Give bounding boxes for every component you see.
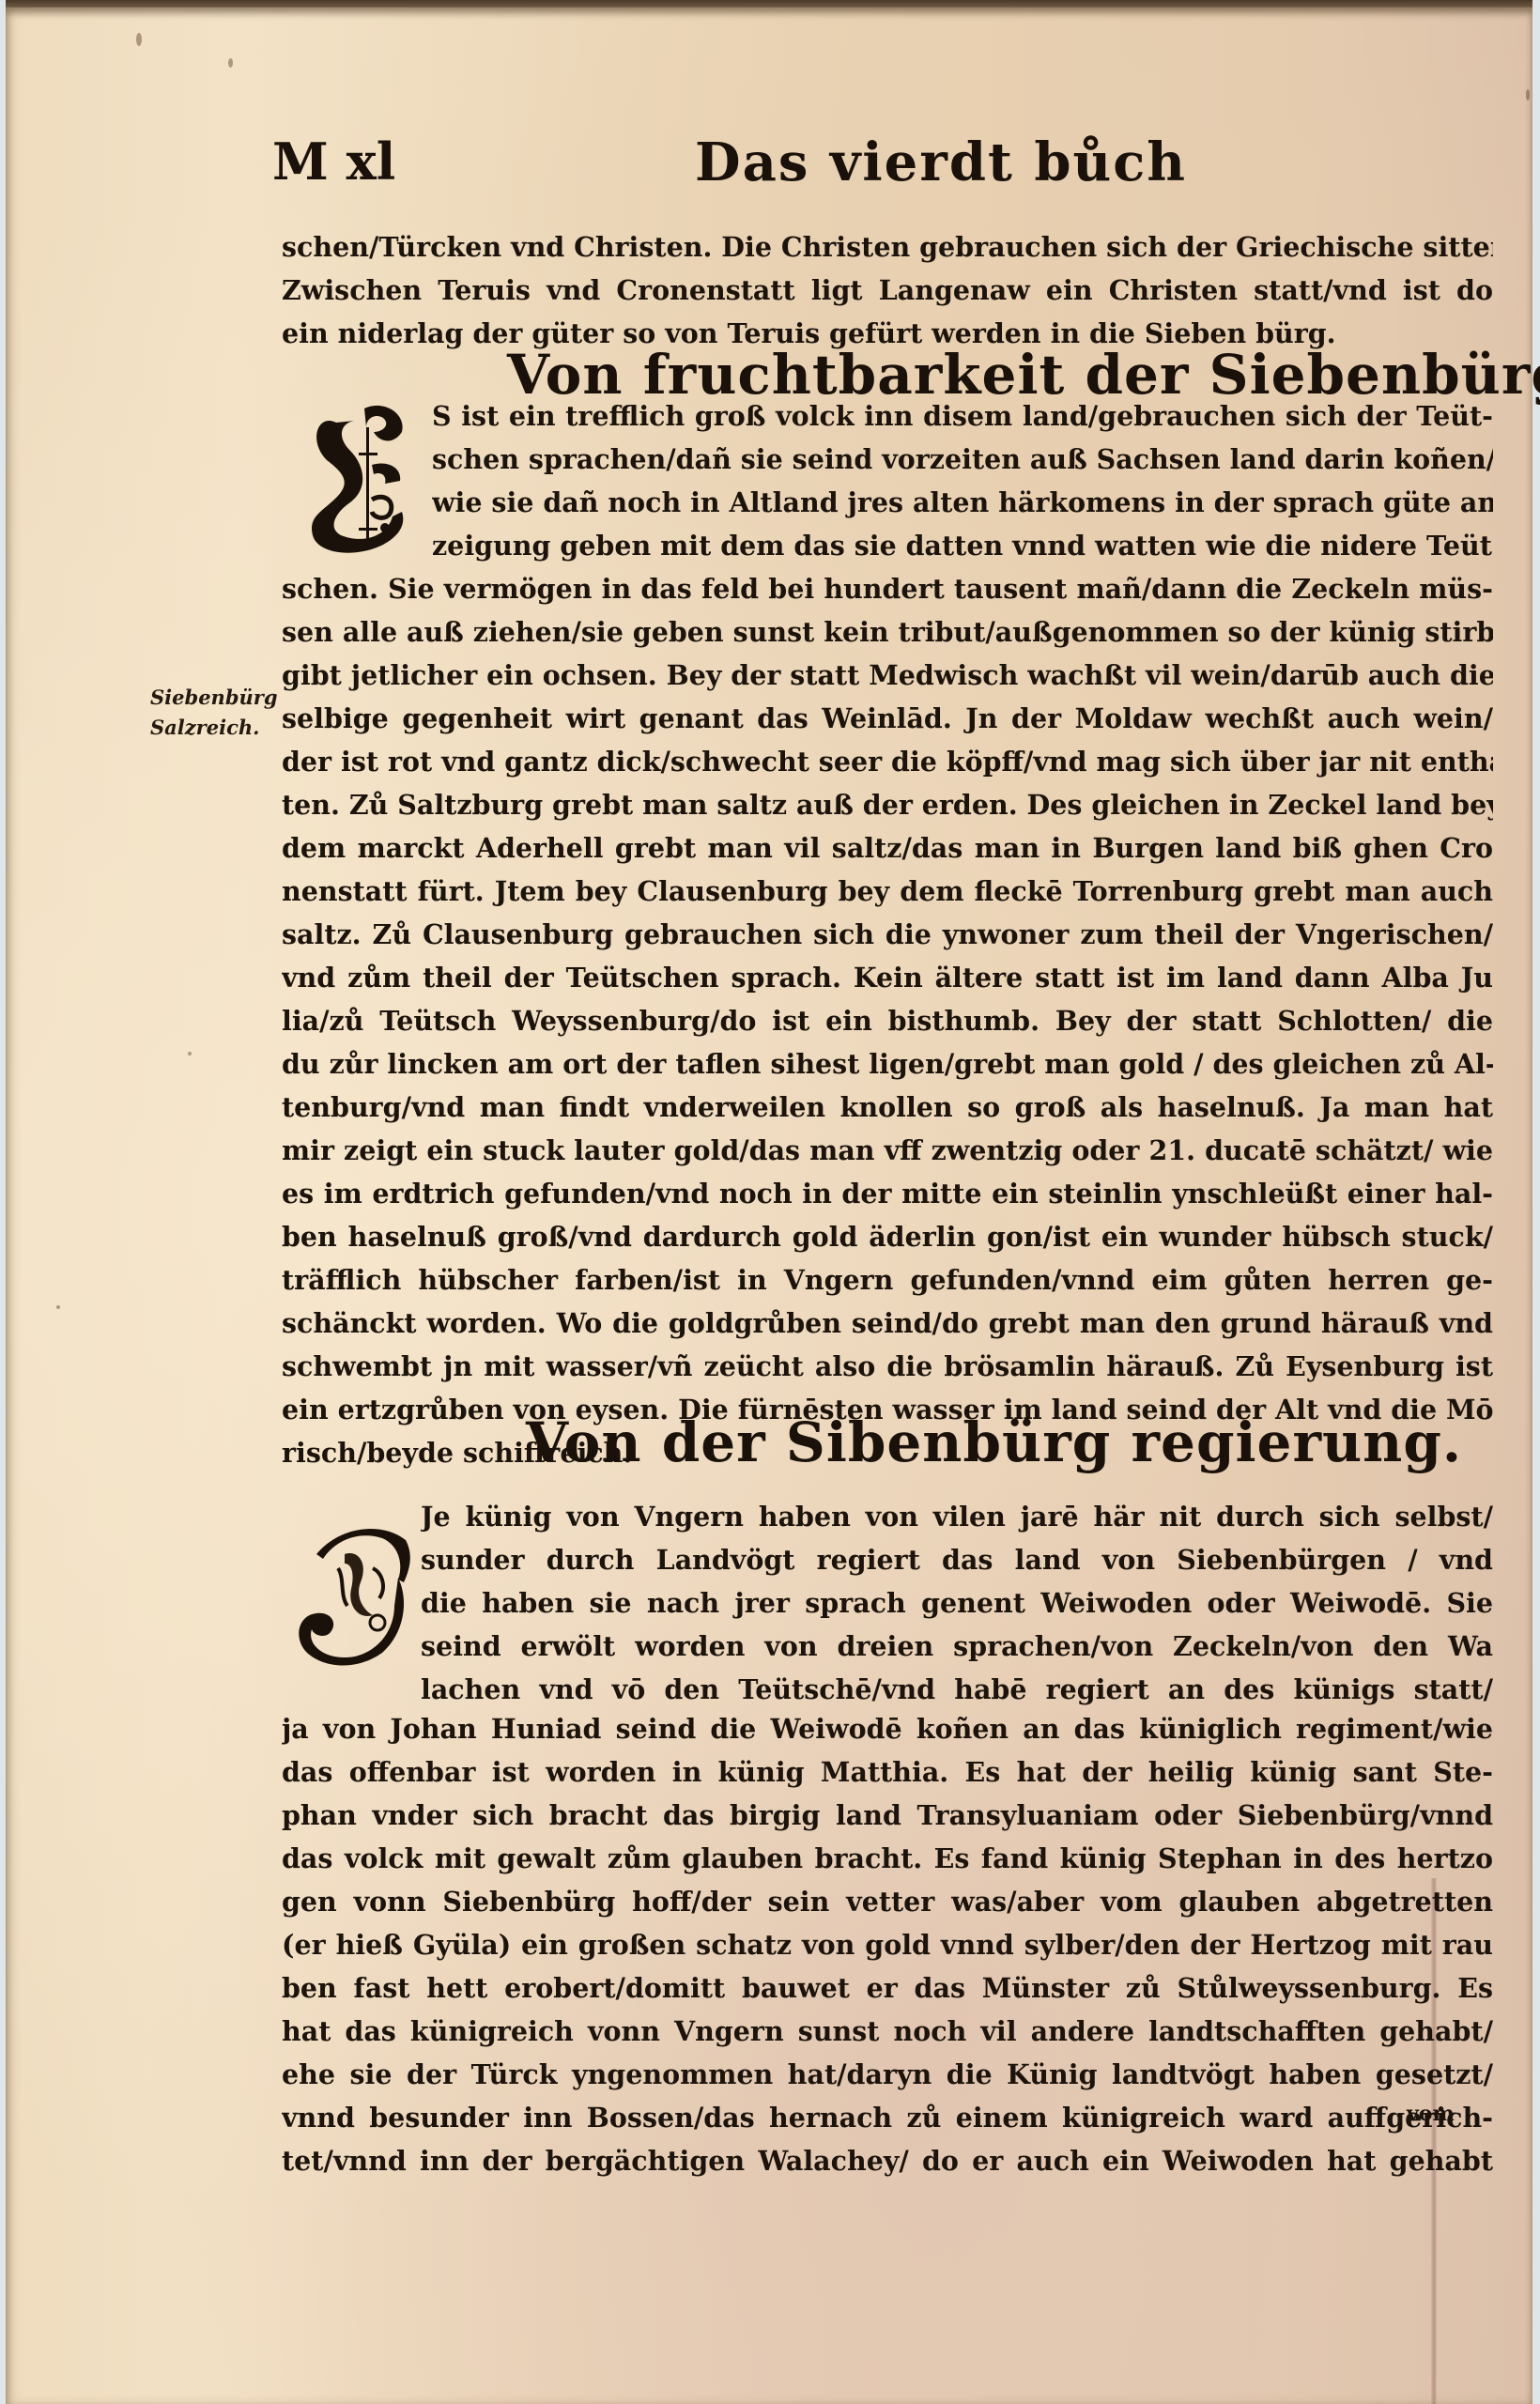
- text-line: Zwischen Teruis vnd Cronenstatt ligt Lan…: [282, 269, 1493, 312]
- margin-note-line: Siebenbürg: [150, 683, 278, 713]
- text-line: phan vnder sich bracht das birgig land T…: [282, 1794, 1493, 1837]
- margin-note-line: Salzreich.: [150, 713, 278, 743]
- text-line: du zůr lincken am ort der taflen sihest …: [282, 1042, 1493, 1086]
- text-line: dem marckt Aderhell grebt man vil saltz/…: [282, 826, 1493, 870]
- dropcap-e: [299, 394, 421, 559]
- folio-number: M xl: [272, 131, 395, 192]
- text-line: (er hieß Gyüla) ein großen schatz von go…: [282, 1923, 1493, 1966]
- text-line: sunder durch Landvögt regiert das land v…: [421, 1538, 1493, 1581]
- text-line: ben haselnuß groß/vnd dardurch gold äder…: [282, 1215, 1493, 1258]
- text-line: wie sie dañ noch in Altland jres alten h…: [432, 481, 1493, 524]
- paper-speck: [136, 33, 142, 46]
- section2-body: ja von Johan Huniad seind die Weiwodē ko…: [282, 1707, 1493, 2182]
- section2-indented-lines: Je künig von Vngern haben von vilen jarē…: [421, 1495, 1493, 1711]
- text-line: träfflich hübscher farben/ist in Vngern …: [282, 1258, 1493, 1302]
- text-line: Je künig von Vngern haben von vilen jarē…: [421, 1495, 1493, 1538]
- catchword: vom: [1407, 2102, 1455, 2126]
- text-line: schen sprachen/dañ sie seind vorzeiten a…: [432, 438, 1493, 481]
- text-line: schen/Türcken vnd Christen. Die Christen…: [282, 225, 1493, 269]
- text-line: nenstatt fürt. Jtem bey Clausenburg bey …: [282, 870, 1493, 913]
- page-header: M xl Das vierdt bůch: [272, 131, 1493, 207]
- text-line: zeigung geben mit dem das sie datten vnn…: [432, 524, 1493, 567]
- text-line: mir zeigt ein stuck lauter gold/das man …: [282, 1129, 1493, 1172]
- text-line: schwembt jn mit wasser/vñ zeücht also di…: [282, 1345, 1493, 1388]
- section1-indented-lines: S ist ein trefflich groß volck inn disem…: [432, 394, 1493, 567]
- text-line: ben fast hett erobert/domitt bauwet er d…: [282, 1966, 1493, 2010]
- ornamental-initial-d-icon: [293, 1512, 415, 1672]
- text-line: S ist ein trefflich groß volck inn disem…: [432, 394, 1493, 438]
- paper-speck: [56, 1305, 60, 1309]
- section1-body: schen. Sie vermögen in das feld bei hund…: [282, 567, 1493, 1474]
- dropcap-d: [293, 1512, 415, 1672]
- text-line: die haben sie nach jrer sprach genent We…: [421, 1581, 1493, 1625]
- running-head: Das vierdt bůch: [695, 131, 1187, 193]
- text-line: der ist rot vnd gantz dick/schwecht seer…: [282, 740, 1493, 783]
- text-line: seind erwölt worden von dreien sprachen/…: [421, 1625, 1493, 1668]
- text-line: tet/vnnd inn der bergächtigen Walachey/ …: [282, 2139, 1493, 2182]
- text-line: es im erdtrich gefunden/vnd noch in der …: [282, 1172, 1493, 1215]
- text-line: tenburg/vnd man findt vnderweilen knolle…: [282, 1086, 1493, 1129]
- paper-speck: [188, 1052, 192, 1056]
- text-line: das volck mit gewalt zům glauben bracht.…: [282, 1837, 1493, 1880]
- text-line: schänckt worden. Wo die goldgrůben seind…: [282, 1302, 1493, 1345]
- text-line: gibt jetlicher ein ochsen. Bey der statt…: [282, 654, 1493, 697]
- text-line: vnd zům theil der Teütschen sprach. Kein…: [282, 956, 1493, 999]
- text-line: ten. Zů Saltzburg grebt man saltz auß de…: [282, 783, 1493, 826]
- text-line: ehe sie der Türck yngenommen hat/daryn d…: [282, 2053, 1493, 2096]
- text-line: vnnd besunder inn Bossen/das hernach zů …: [282, 2096, 1493, 2139]
- text-line: ja von Johan Huniad seind die Weiwodē ko…: [282, 1707, 1493, 1750]
- text-line: das offenbar ist worden in künig Matthia…: [282, 1750, 1493, 1794]
- text-line: saltz. Zů Clausenburg gebrauchen sich di…: [282, 913, 1493, 956]
- ornamental-initial-e-icon: [299, 394, 421, 559]
- text-line: hat das künigreich vonn Vngern sunst noc…: [282, 2010, 1493, 2053]
- paper-speck: [1526, 89, 1530, 100]
- margin-note: Siebenbürg Salzreich.: [150, 683, 278, 743]
- text-line: selbige gegenheit wirt genant das Weinlā…: [282, 697, 1493, 740]
- text-line: schen. Sie vermögen in das feld bei hund…: [282, 567, 1493, 610]
- paper-speck: [228, 58, 233, 68]
- text-line: lia/zů Teütsch Weyssenburg/do ist ein bi…: [282, 999, 1493, 1042]
- section-title-regierung: Von der Sibenbürg regierung.: [526, 1410, 1462, 1474]
- text-line: lachen vnd vō den Teütschē/vnd habē regi…: [421, 1668, 1493, 1711]
- text-line: sen alle auß ziehen/sie geben sunst kein…: [282, 610, 1493, 654]
- text-line: gen vonn Siebenbürg hoff/der sein vetter…: [282, 1880, 1493, 1923]
- intro-paragraph: schen/Türcken vnd Christen. Die Christen…: [282, 225, 1493, 355]
